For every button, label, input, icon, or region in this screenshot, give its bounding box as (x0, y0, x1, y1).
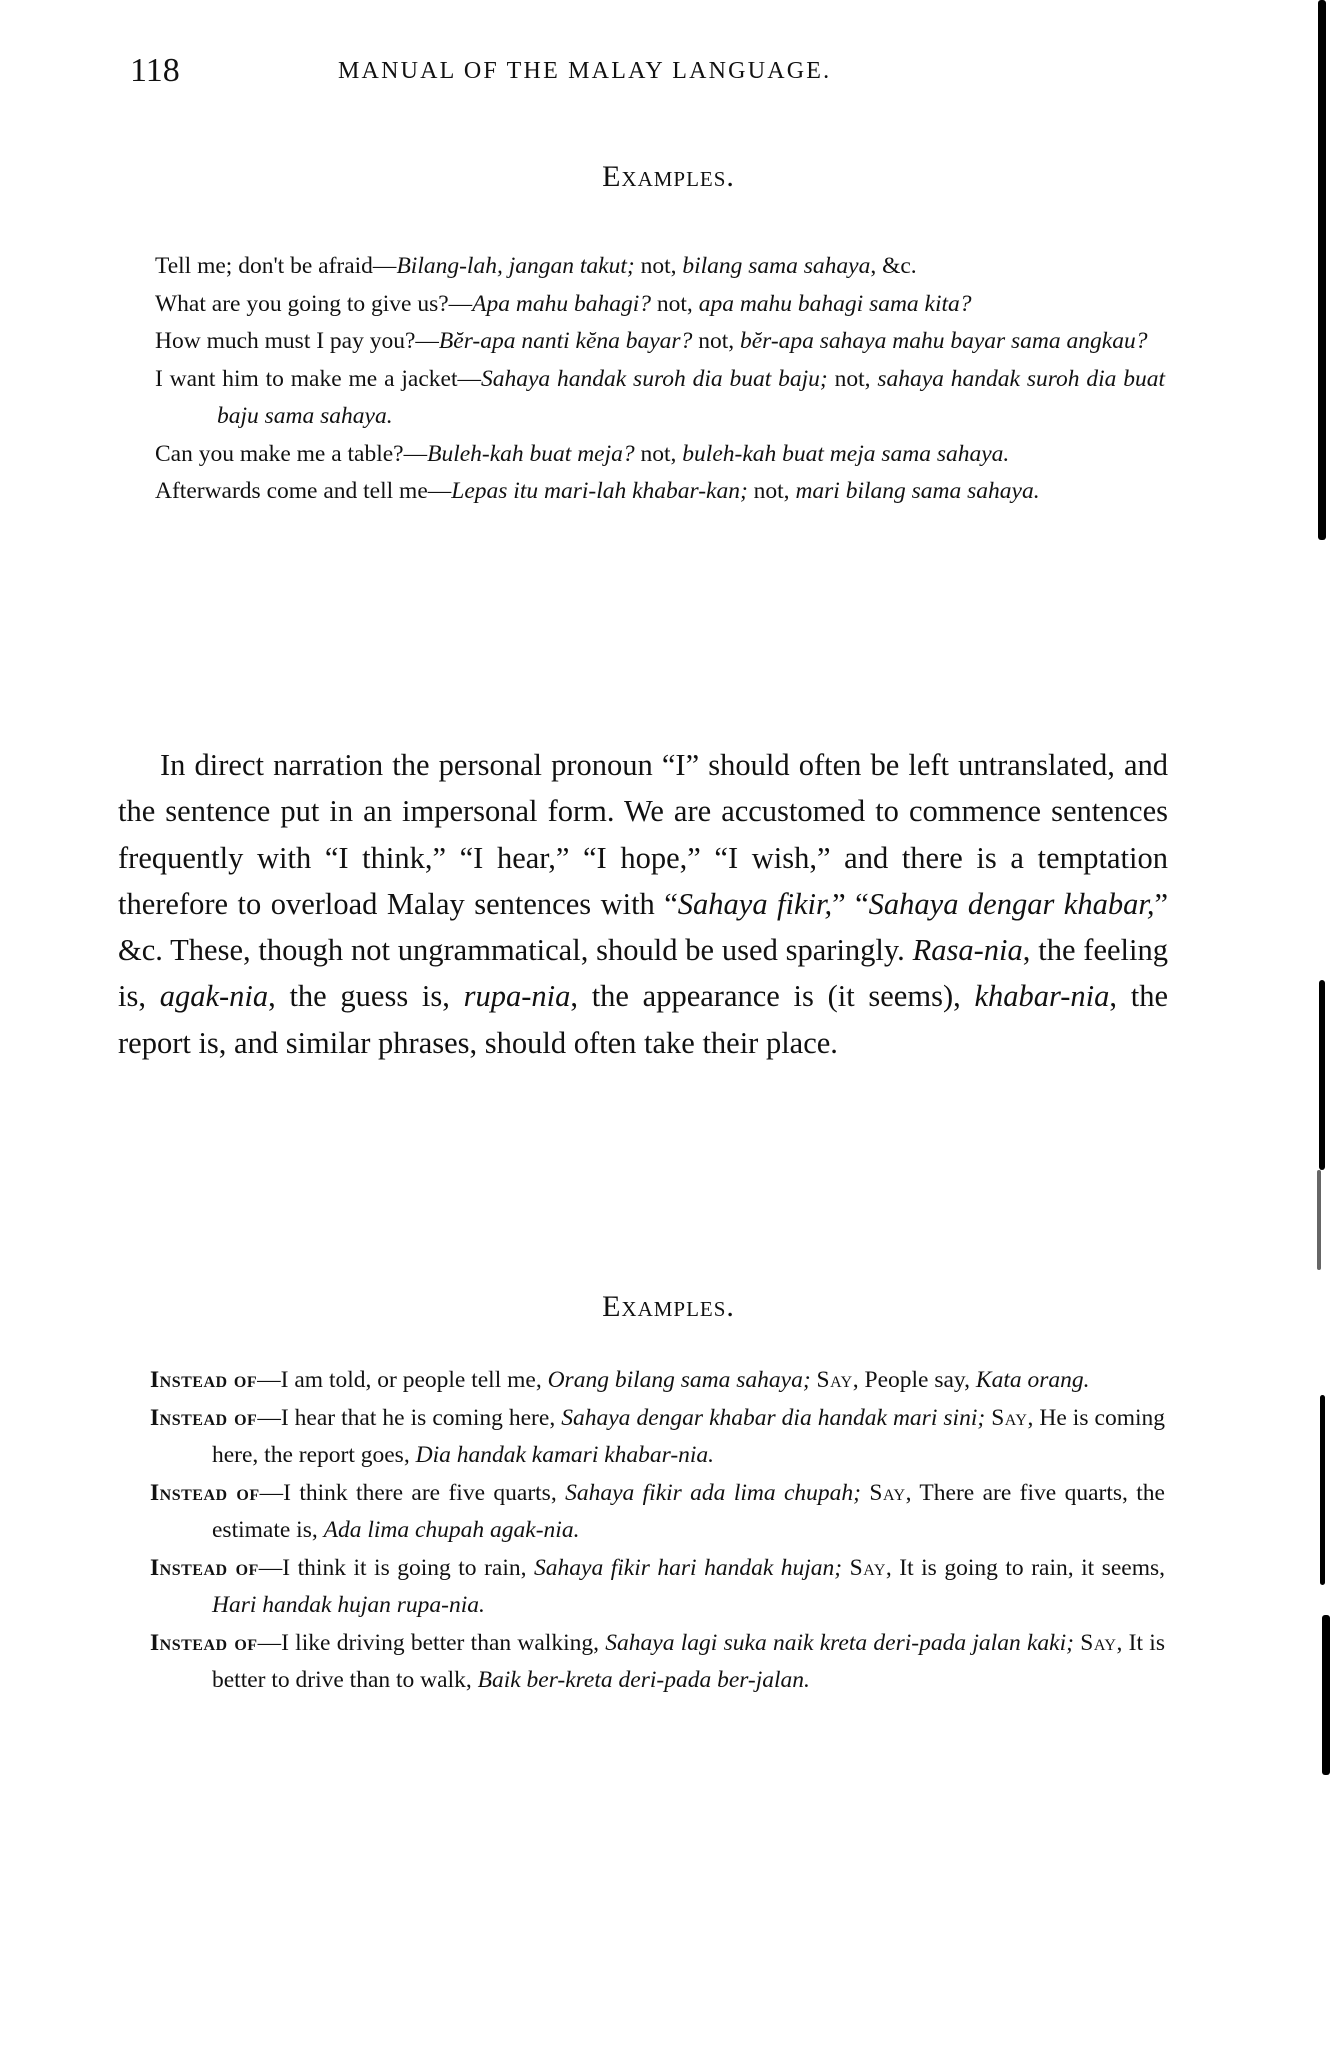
page-number: 118 (130, 52, 180, 90)
malay-phrase: Buleh-kah buat meja? (427, 441, 635, 467)
example-item: Tell me; don't be afraid—Bilang-lah, jan… (155, 248, 1165, 286)
examples-list-1: Tell me; don't be afraid—Bilang-lah, jan… (155, 248, 1165, 511)
instead-example: Instead of—I think it is going to rain, … (150, 1550, 1165, 1625)
say-label: Say (817, 1367, 853, 1393)
say-english: It is going to rain, it seems, (892, 1555, 1165, 1581)
malay-term: agak-nia (160, 979, 268, 1013)
english-phrase: Afterwards come and tell me— (155, 478, 451, 504)
instead-example: Instead of—I am told, or people tell me,… (150, 1362, 1165, 1400)
malay-phrase: Apa mahu bahagi? (472, 291, 651, 317)
say-label: Say (869, 1480, 905, 1506)
running-title: MANUAL OF THE MALAY LANGUAGE. (338, 58, 831, 85)
examples-list-2: Instead of—I am told, or people tell me,… (150, 1362, 1165, 1700)
malay-term: Rasa-nia (913, 933, 1023, 967)
say-malay: Hari handak hujan rupa-nia. (212, 1592, 485, 1618)
scan-edge-mark (1319, 980, 1325, 1170)
section-heading-examples-1: Examples. (0, 160, 1337, 194)
say-label: Say (991, 1405, 1027, 1431)
english-phrase: Can you make me a table?— (155, 441, 427, 467)
english-phrase: What are you going to give us?— (155, 291, 472, 317)
scan-edge-mark (1322, 1615, 1330, 1775)
example-item: I want him to make me a jacket—Sahaya ha… (155, 361, 1165, 436)
malay-phrase: Bilang-lah, jangan takut; (396, 253, 634, 279)
scan-edge-mark (1317, 1170, 1321, 1270)
malay-phrase: Sahaya dengar khabar dia handak mari sin… (561, 1405, 985, 1431)
tail-text: , &c. (870, 253, 916, 279)
example-item: Afterwards come and tell me—Lepas itu ma… (155, 473, 1165, 511)
example-item: Can you make me a table?—Buleh-kah buat … (155, 436, 1165, 474)
not-label: not, (692, 328, 740, 354)
running-head: 118 MANUAL OF THE MALAY LANGUAGE. (130, 52, 1170, 92)
text-run: , the appearance is (it seems), (570, 979, 974, 1013)
english-phrase: I think it is going to rain, (282, 1555, 534, 1581)
body-paragraph: In direct narration the personal pronoun… (118, 742, 1168, 1066)
instead-of-label: Instead of (150, 1405, 257, 1431)
instead-of-label: Instead of (150, 1555, 259, 1581)
scan-edge-mark (1318, 0, 1326, 540)
incorrect-malay: buleh-kah buat meja sama sahaya. (682, 441, 1009, 467)
example-item: How much must I pay you?—Bĕr-apa nanti k… (155, 323, 1165, 361)
instead-example: Instead of—I hear that he is coming here… (150, 1400, 1165, 1475)
incorrect-malay: bĕr-apa sahaya mahu bayar sama angkau? (740, 328, 1147, 354)
say-malay: Kata orang. (976, 1367, 1090, 1393)
malay-phrase: Sahaya fikir ada lima chupah; (565, 1480, 861, 1506)
english-phrase: I think there are five quarts, (283, 1480, 565, 1506)
malay-term: khabar-nia (974, 979, 1109, 1013)
not-label: not, (828, 366, 878, 392)
malay-phrase: Sahaya handak suroh dia buat baju; (481, 366, 828, 392)
instead-example: Instead of—I think there are five quarts… (150, 1475, 1165, 1550)
say-label: Say (850, 1555, 886, 1581)
not-label: not, (651, 291, 699, 317)
example-item: What are you going to give us?—Apa mahu … (155, 286, 1165, 324)
section-heading-examples-2: Examples. (0, 1290, 1337, 1324)
malay-term: Sahaya fikir, (678, 887, 832, 921)
instead-of-label: Instead of (150, 1480, 260, 1506)
text-run: ” “ (832, 887, 869, 921)
say-malay: Dia handak kamari khabar-nia. (416, 1442, 714, 1468)
book-page: 118 MANUAL OF THE MALAY LANGUAGE. Exampl… (0, 0, 1337, 2045)
not-label: not, (635, 441, 683, 467)
not-label: not, (748, 478, 796, 504)
malay-phrase: Lepas itu mari-lah khabar-kan; (451, 478, 748, 504)
malay-phrase: Sahaya fikir hari handak hujan; (534, 1555, 842, 1581)
text-run: , the guess is, (268, 979, 464, 1013)
malay-phrase: Bĕr-apa nanti kĕna bayar? (439, 328, 692, 354)
malay-term: rupa-nia (464, 979, 571, 1013)
scan-edge-mark (1320, 1395, 1325, 1585)
malay-term: Sahaya dengar khabar, (869, 887, 1155, 921)
english-phrase: I like driving better than walking, (281, 1630, 605, 1656)
incorrect-malay: apa mahu bahagi sama kita? (699, 291, 972, 317)
english-phrase: I am told, or people tell me, (281, 1367, 548, 1393)
say-label: Say (1080, 1630, 1116, 1656)
english-phrase: How much must I pay you?— (155, 328, 439, 354)
instead-of-label: Instead of (150, 1630, 258, 1656)
english-phrase: I hear that he is coming here, (281, 1405, 561, 1431)
english-phrase: I want him to make me a jacket— (155, 366, 481, 392)
malay-phrase: Orang bilang sama sahaya; (548, 1367, 811, 1393)
instead-of-label: Instead of (150, 1367, 257, 1393)
not-label: not, (635, 253, 683, 279)
incorrect-malay: bilang sama sahaya (682, 253, 870, 279)
say-malay: Baik ber-kreta deri-pada ber-jalan. (478, 1667, 810, 1693)
english-phrase: Tell me; don't be afraid— (155, 253, 396, 279)
instead-example: Instead of—I like driving better than wa… (150, 1625, 1165, 1700)
say-english: People say, (859, 1367, 976, 1393)
malay-phrase: Sahaya lagi suka naik kreta deri-pada ja… (605, 1630, 1074, 1656)
say-malay: Ada lima chupah agak-nia. (324, 1517, 580, 1543)
incorrect-malay: mari bilang sama sahaya. (795, 478, 1039, 504)
